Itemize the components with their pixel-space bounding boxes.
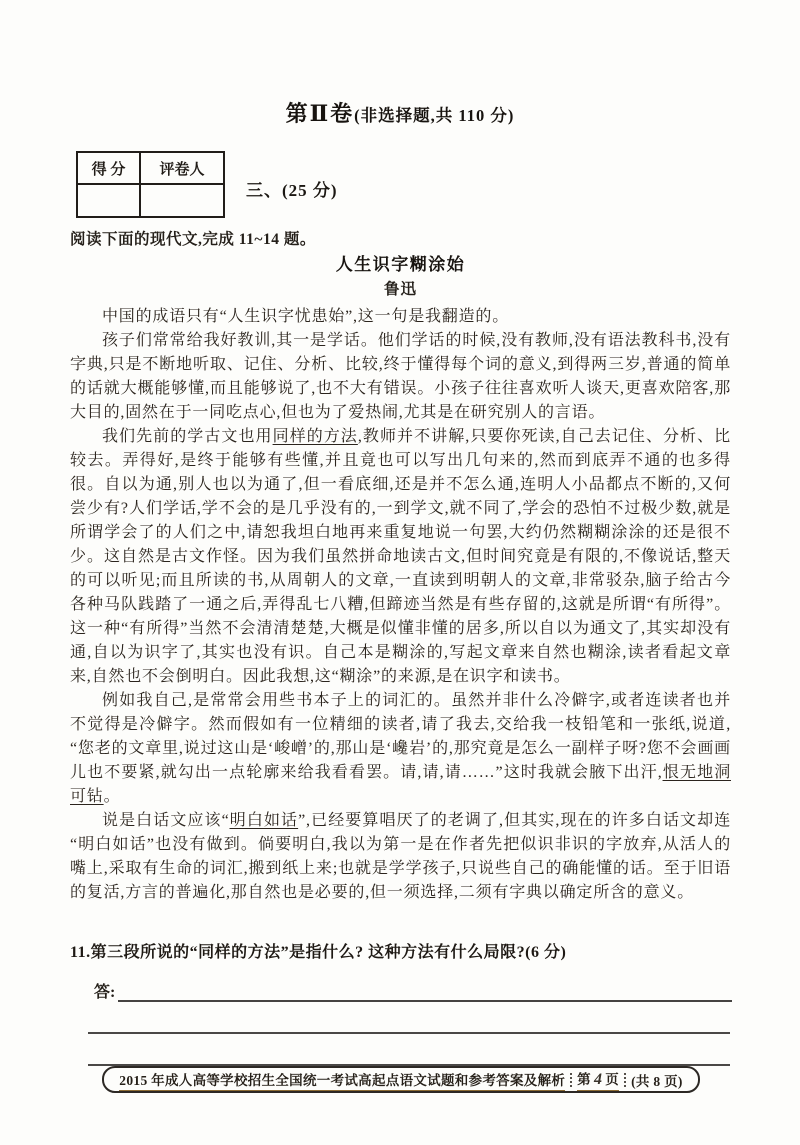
score-label: 得 分 (77, 152, 140, 184)
reading-passage: 人生识字糊涂始 鲁迅 中国的成语只有“人生识字忧患始”,这一句是我翻造的。 孩子… (70, 252, 731, 905)
grader-cell-empty (140, 184, 224, 217)
page-title: 第Ⅱ卷(非选择题,共 110 分) (0, 96, 800, 130)
article-body: 中国的成语只有“人生识字忧患始”,这一句是我翻造的。 孩子们常常给我好教训,其一… (70, 305, 731, 905)
underlined-phrase: 同样的方法 (273, 428, 358, 445)
text-segment: 例如我自己,是常常会用些书本子上的词汇的。虽然并非什么冷僻字,或者连读者也并不觉… (70, 692, 731, 781)
footer-separator (570, 1073, 572, 1087)
exam-paper-page: 第Ⅱ卷(非选择题,共 110 分) 得 分 评卷人 三、(25 分) 阅读下面的… (0, 0, 800, 1145)
question-text: 第三段所说的“同样的方法”是指什么? 这种方法有什么局限?(6 分) (91, 944, 567, 961)
paragraph: 我们先前的学古文也用同样的方法,教师并不讲解,只要你死读,自己去记住、分析、比较… (70, 425, 731, 689)
text-segment: 孩子们常常给我好教训,其一是学话。他们学话的时候,没有教师,没有语法教科书,没有… (70, 332, 731, 421)
article-title: 人生识字糊涂始 (70, 252, 731, 277)
text-segment: 中国的成语只有“人生识字忧患始”,这一句是我翻造的。 (102, 308, 509, 325)
footer-page-label: 第 (577, 1072, 591, 1087)
footer-text: 2015 年成人高等学校招生全国统一考试高起点语文试题和参考答案及解析 (119, 1069, 565, 1091)
answer-label: 答: (94, 979, 115, 1002)
score-cell-empty (77, 184, 140, 217)
paragraph: 中国的成语只有“人生识字忧患始”,这一句是我翻造的。 (70, 305, 731, 329)
paragraph: 说是白话文应该“明白如话”,已经要算唱厌了的老调了,但其实,现在的许多白话文却连… (70, 809, 731, 905)
paragraph: 例如我自己,是常常会用些书本子上的词汇的。虽然并非什么冷僻字,或者连读者也并不觉… (70, 689, 731, 809)
answer-line (118, 983, 732, 1002)
score-table: 得 分 评卷人 (76, 151, 225, 218)
paragraph: 孩子们常常给我好教训,其一是学话。他们学话的时候,没有教师,没有语法教科书,没有… (70, 329, 731, 425)
grader-label: 评卷人 (140, 152, 224, 184)
volume-subtitle: (非选择题,共 110 分) (354, 106, 514, 125)
reading-instruction: 阅读下面的现代文,完成 11~14 题。 (70, 227, 316, 249)
text-segment: ,教师并不讲解,只要你死读,自己去记住、分析、比较去。弄得好,是终于能够有些懂,… (70, 428, 731, 685)
text-segment: 我们先前的学古文也用 (102, 428, 273, 445)
question-number: 11. (70, 944, 91, 961)
underlined-phrase: 明白如话 (230, 812, 299, 829)
answer-area: 答: (94, 979, 732, 1002)
article-author: 鲁迅 (70, 277, 731, 302)
page-number: 4 (591, 1071, 605, 1088)
text-segment: 说是白话文应该“ (102, 812, 230, 829)
footer-total-pages: (共 8 页) (631, 1070, 683, 1090)
section-heading: 三、(25 分) (246, 176, 338, 201)
question-11: 11.第三段所说的“同样的方法”是指什么? 这种方法有什么局限?(6 分) 答: (70, 941, 732, 1066)
footer-page-group: 第4页 (577, 1068, 619, 1091)
page-footer: 2015 年成人高等学校招生全国统一考试高起点语文试题和参考答案及解析 第4页 … (102, 1066, 700, 1093)
answer-line (88, 1032, 730, 1034)
footer-separator (624, 1073, 626, 1087)
footer-page-unit: 页 (605, 1072, 619, 1087)
volume-title: 第Ⅱ卷 (286, 101, 355, 126)
text-segment: 。 (104, 788, 121, 805)
